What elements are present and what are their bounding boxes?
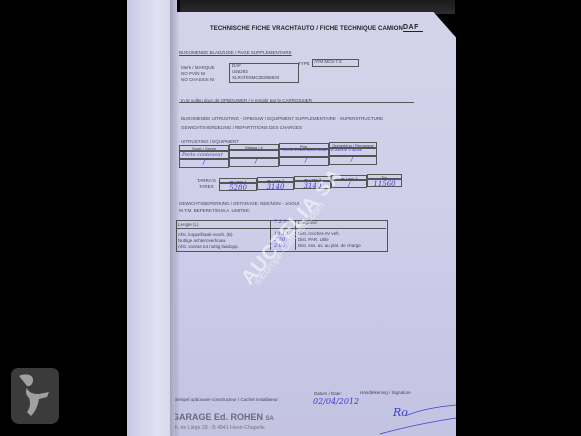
tare-axle-1: 5280 bbox=[229, 184, 247, 192]
section-supplement: BIJKOMENDE BLADZIJDE / PAGE SUPPLEMENTAI… bbox=[179, 50, 292, 55]
fold-shadow bbox=[170, 0, 180, 436]
equipment-row-2-mass bbox=[229, 158, 279, 167]
equipment-slash-1: / bbox=[203, 158, 205, 166]
date-label: Datum / Date: bbox=[314, 391, 342, 396]
equipment-slash-2: / bbox=[255, 157, 257, 165]
dimension-overhang-label: Nuttige achteroverbouw bbox=[178, 238, 226, 243]
signature-stroke bbox=[375, 402, 456, 436]
equipment-slash-3: / bbox=[305, 156, 307, 164]
company-suffix: SA bbox=[266, 416, 274, 422]
company-name-text: GARAGE Ed. ROHEN bbox=[172, 412, 263, 422]
document-sheet: TECHNISCHE FICHE VRACHTAUTO / FICHE TECH… bbox=[175, 12, 456, 436]
tares-label-fr: TARES bbox=[199, 184, 214, 189]
dimension-front-axle-label: Afst. vooras tot nuttig laadopp. bbox=[178, 244, 239, 249]
equipment-remark-value: M.M. Poids dont total VE Kettle Clause bbox=[283, 147, 362, 152]
tares-cell-1: 5280 bbox=[219, 183, 257, 191]
europe-camions-logo bbox=[11, 368, 59, 424]
daf-logo-text: DAF bbox=[403, 24, 423, 32]
equipment-row-2-pos bbox=[279, 157, 329, 166]
dimension-overhang-note: Dist. PAR. Utile bbox=[298, 237, 329, 242]
pv-label: NO PV/N Nr bbox=[181, 71, 206, 76]
bodybuilder-note: In te vullen door de OPBOUWER / A rempli… bbox=[181, 98, 312, 103]
make-label: Merk / MARQUE bbox=[181, 65, 215, 70]
mtm-line: M.T.M. BEPERKT/M.M.A. LIMITEE: bbox=[179, 208, 250, 213]
document-title: TECHNISCHE FICHE VRACHTAUTO / FICHE TECH… bbox=[210, 26, 403, 32]
make-value: DAF bbox=[232, 63, 241, 68]
weight-distribution-heading: GEWICHTSVERDELING / REPARTITIONS DES CHA… bbox=[181, 125, 302, 130]
europe-camions-person-icon bbox=[11, 368, 59, 424]
equipment-slash-4: / bbox=[351, 155, 353, 163]
equipment-row-1-mass bbox=[229, 150, 279, 158]
chassis-value: XLRATE5MC0E856820 bbox=[232, 75, 279, 80]
date-value: 02/04/2012 bbox=[313, 397, 359, 406]
type-value: ATM MC5-7.5 bbox=[314, 59, 342, 64]
tare-axle-2: 3140 bbox=[267, 183, 285, 191]
type-label: TYPE bbox=[298, 61, 310, 66]
equipment-heading: BIJKOMENDE UITRUSTING - OPBOUW / EQUIPME… bbox=[181, 116, 383, 121]
company-name: GARAGE Ed. ROHEN SA bbox=[172, 412, 274, 422]
background-surface bbox=[180, 0, 455, 14]
signature-label: Handtekening / Signature bbox=[360, 390, 411, 395]
tare-total: 11560 bbox=[373, 180, 395, 188]
tare-axle-4: / bbox=[348, 181, 350, 189]
dimension-front-axle-note: Dist. ess. av. au plat. de charge bbox=[298, 243, 361, 248]
stamp-label: Stempel opbouwer-constructeur / Cachet i… bbox=[173, 397, 279, 402]
dimension-length-label: Lengte (L) bbox=[178, 222, 199, 227]
company-address: Ch. de Liège 28 - B 4841 Henri-Chapelle bbox=[171, 425, 265, 431]
pv-value: U55293 bbox=[232, 69, 248, 74]
tare-heading: GEWICHTSBEPERKING / DETARAGE: NEE/NON - … bbox=[179, 201, 299, 206]
tares-cell-total: 11560 bbox=[367, 179, 402, 187]
tares-label-nl: TARRA'S bbox=[197, 178, 216, 183]
chassis-label: NO CHASSIS Nr bbox=[181, 77, 215, 82]
dimension-hitch-label: Afst. koppelhaak-voorb. (B) bbox=[178, 232, 233, 237]
daf-logo: DAF bbox=[403, 24, 423, 32]
tares-cell-2: 3140 bbox=[257, 182, 294, 190]
